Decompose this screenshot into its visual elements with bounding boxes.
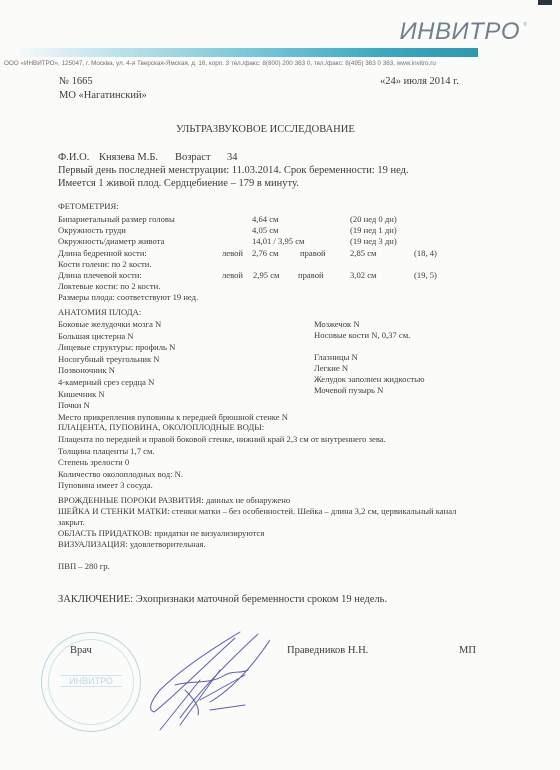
anatomy-item: 4-камерный срез сердца N — [58, 377, 154, 387]
patient-name: Князева М.Б. — [99, 152, 158, 163]
ulna-line: Локтевые кости: по 2 кости. — [58, 281, 160, 291]
humerus-term: (19, 5) — [414, 270, 437, 280]
placenta-item: Плацента по передней и правой боковой ст… — [58, 434, 386, 444]
visualization-label: ВИЗУАЛИЗАЦИЯ: — [58, 539, 128, 549]
malformations-label: ВРОЖДЕННЫЕ ПОРОКИ РАЗВИТИЯ: — [58, 495, 204, 505]
company-address: ООО «ИНВИТРО», 125047, г. Москва, ул. 4-… — [4, 60, 436, 67]
patient-age-label: Возраст — [175, 152, 211, 163]
anatomy-item: Мочевой пузырь N — [314, 385, 383, 395]
anatomy-item: Глазницы N — [314, 352, 358, 362]
patient-age: 34 — [227, 152, 238, 163]
humerus-right-value: 3,02 см — [350, 270, 376, 280]
cervix-label: ШЕЙКА И СТЕНКИ МАТКИ: — [58, 506, 170, 516]
registered-mark: ® — [523, 22, 527, 28]
adnexa-line: ОБЛАСТЬ ПРИДАТКОВ: придатки не визуализи… — [58, 528, 264, 538]
placenta-item: Толщина плаценты 1,7 см. — [58, 446, 155, 456]
document-date: «24» июля 2014 г. — [380, 76, 459, 87]
fetometry-term: (19 нед 1 дн) — [350, 225, 397, 235]
anatomy-item: Позвоночник N — [58, 365, 115, 375]
cervix-line: ШЕЙКА И СТЕНКИ МАТКИ: стенки матки – без… — [58, 506, 456, 516]
femur-left-label: левой — [222, 248, 243, 258]
malformations-value: данных не обнаружено — [204, 495, 290, 505]
visualization-line: ВИЗУАЛИЗАЦИЯ: удовлетворительная. — [58, 539, 206, 549]
document-number: № 1665 — [59, 76, 93, 87]
humerus-left-value: 2,95 см — [253, 270, 279, 280]
patient-name-label: Ф.И.О. — [58, 152, 89, 163]
femur-term: (18, 4) — [414, 248, 437, 258]
stamp-logo: ИНВИТРО — [60, 675, 122, 687]
fetometry-value: 14,01 / 3,95 см — [252, 236, 304, 246]
office-name: МО «Нагатинский» — [59, 90, 147, 101]
fetometry-term: (19 нед 3 дн) — [350, 236, 397, 246]
malformations-line: ВРОЖДЕННЫЕ ПОРОКИ РАЗВИТИЯ: данных не об… — [58, 495, 290, 505]
scan-corner-mark — [538, 0, 552, 5]
anatomy-item: Кишечник N — [58, 389, 105, 399]
size-match-line: Размеры плода: соответствуют 19 нед. — [58, 292, 198, 302]
humerus-right-label: правой — [298, 270, 324, 280]
humerus-left-label: левой — [222, 270, 243, 280]
femur-left-value: 2,76 см — [252, 248, 278, 258]
anatomy-item: Желудок заполнен жидкостью — [314, 374, 425, 384]
document-title: УЛЬТРАЗВУКОВОЕ ИССЛЕДОВАНИЕ — [176, 124, 355, 135]
doctor-name: Праведников Н.Н. — [287, 645, 368, 656]
anatomy-item: Место прикрепления пуповины к передней б… — [58, 412, 288, 422]
anatomy-item: Боковые желудочки мозга N — [58, 319, 161, 329]
femur-right-label: правой — [300, 248, 326, 258]
femur-right-value: 2,85 см — [350, 248, 376, 258]
femur-label: Длина бедренной кости: — [58, 248, 147, 258]
fetometry-term: (20 нед 0 дн) — [350, 214, 397, 224]
humerus-label: Длина плечевой кости: — [58, 270, 142, 280]
anatomy-item: Носогубный треугольник N — [58, 354, 160, 364]
conclusion: ЗАКЛЮЧЕНИЕ: Эхопризнаки маточной беремен… — [58, 594, 387, 605]
placenta-item: Степень зрелости 0 — [58, 457, 129, 467]
cervix-line-cont: закрыт. — [58, 517, 85, 527]
anatomy-item: Носовые кости N, 0,37 см. — [314, 330, 410, 340]
seal-mark: МП — [459, 645, 476, 656]
anatomy-item: Почки N — [58, 400, 90, 410]
fetometry-heading: ФЕТОМЕТРИЯ: — [58, 201, 119, 211]
anatomy-item: Мозжечок N — [314, 319, 360, 329]
invitro-logo: ИНВИТРО — [399, 18, 520, 46]
cervix-value: стенки матки – без особенностей. Шейка –… — [170, 506, 457, 516]
adnexa-label: ОБЛАСТЬ ПРИДАТКОВ: — [58, 528, 152, 538]
adnexa-value: придатки не визуализируются — [152, 528, 264, 538]
anatomy-heading: АНАТОМИЯ ПЛОДА: — [58, 307, 141, 317]
doctor-role: Врач — [70, 645, 92, 656]
fetus-heartbeat-line: Имеется 1 живой плод. Сердцебиение – 179… — [58, 178, 299, 189]
placenta-item: Количество околоплодных вод: N. — [58, 469, 183, 479]
lmp-line: Первый день последней менструации: 11.03… — [58, 165, 409, 176]
tibia-line: Кости голени: по 2 кости. — [58, 259, 152, 269]
anatomy-item: Лицевые структуры: профиль N — [58, 342, 175, 352]
brand-gradient-bar — [20, 48, 478, 57]
fetometry-value: 4,64 см — [252, 214, 278, 224]
fetometry-label: Окружность/диаметр живота — [58, 236, 164, 246]
placenta-item: Пуповина имеет 3 сосуда. — [58, 480, 153, 490]
visualization-value: удовлетворительная. — [128, 539, 206, 549]
efw-line: ПВП – 280 гр. — [58, 561, 110, 571]
placenta-heading: ПЛАЦЕНТА, ПУПОВИНА, ОКОЛОПЛОДНЫЕ ВОДЫ: — [58, 422, 264, 432]
doctor-signature — [140, 630, 270, 740]
anatomy-item: Большая цистерна N — [58, 331, 134, 341]
fetometry-label: Окружность груди — [58, 225, 126, 235]
fetometry-value: 4,05 см — [252, 225, 278, 235]
anatomy-item: Легкие N — [314, 363, 348, 373]
fetometry-label: Бипариетальный размер головы — [58, 214, 175, 224]
